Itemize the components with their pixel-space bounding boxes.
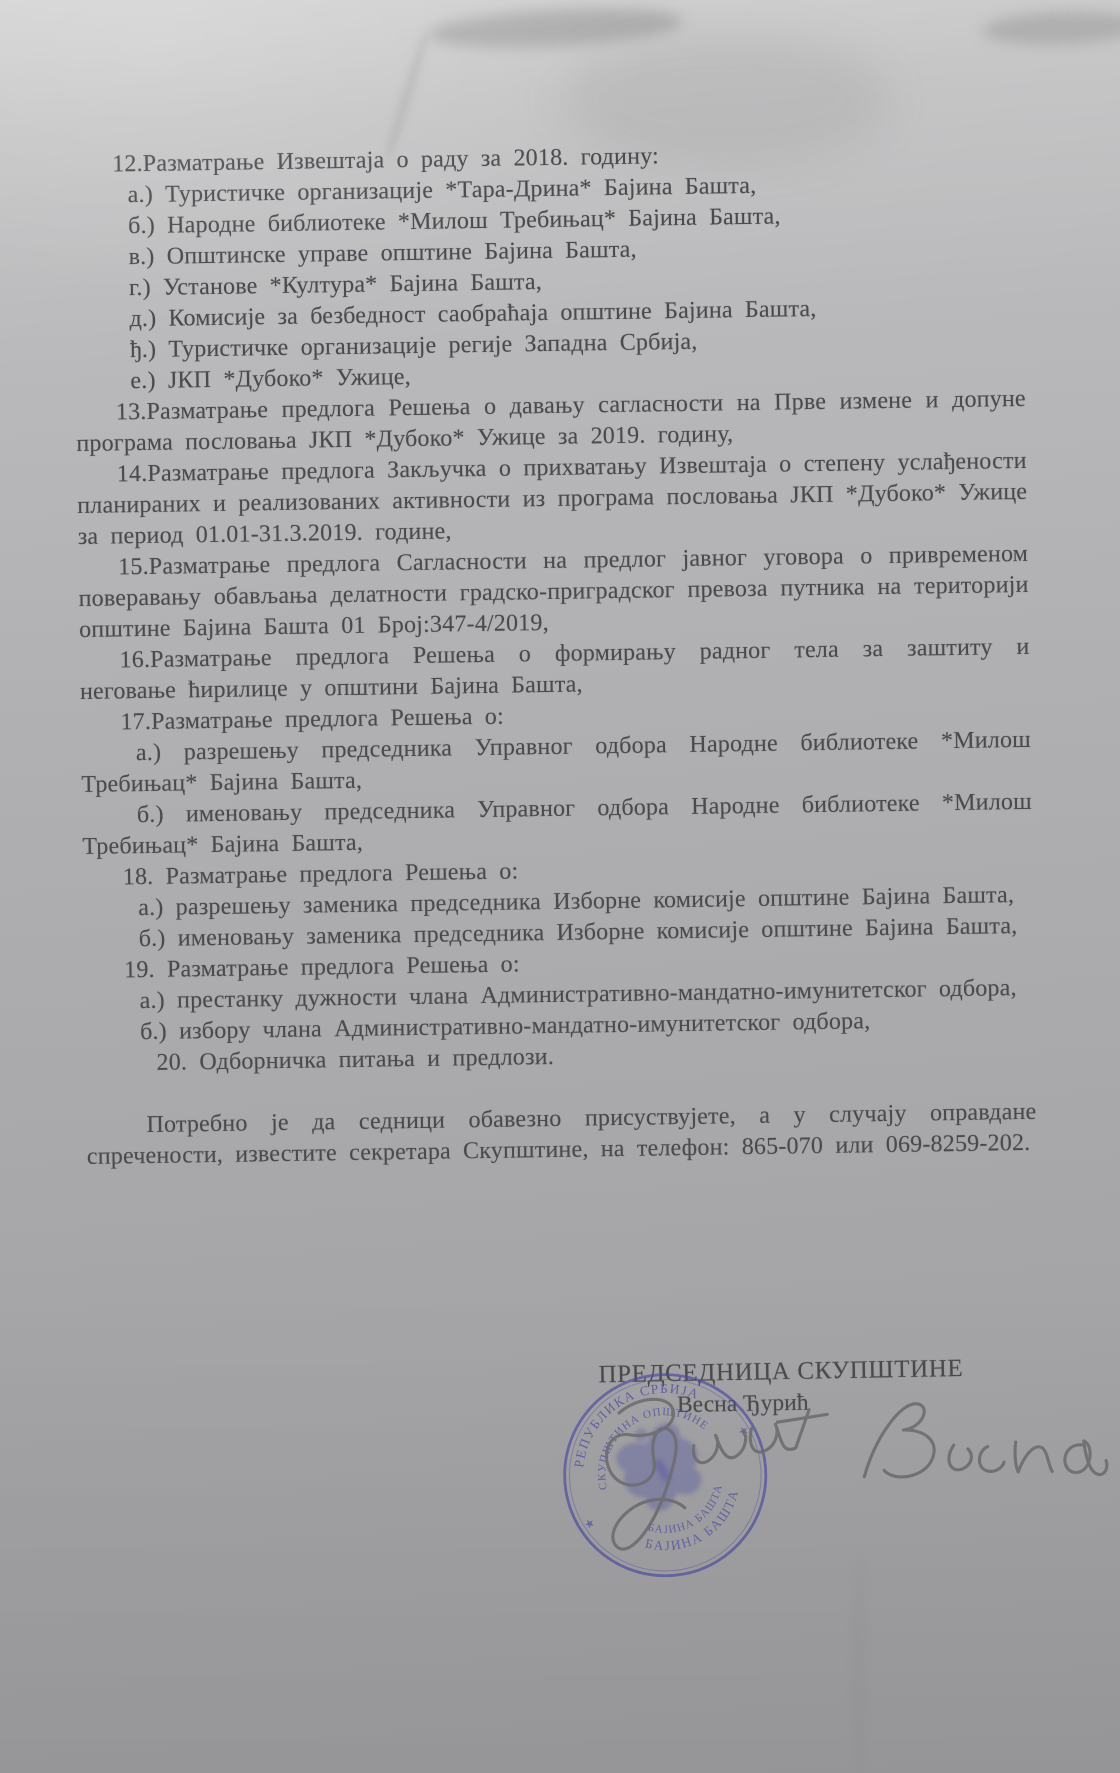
scanned-document-page: 12.Разматрање Извештаја о раду за 2018. … bbox=[0, 0, 1120, 1773]
paper-fold-shadow bbox=[981, 9, 1120, 47]
agenda-item-15: 15.Разматрање предлога Сагласности на пр… bbox=[78, 539, 1029, 646]
paper-fold-shadow bbox=[427, 3, 684, 52]
closing-note: Потребно је да седници обавезно присуств… bbox=[86, 1097, 1037, 1173]
agenda-item-14: 14.Разматрање предлога Закључка о прихва… bbox=[77, 446, 1028, 553]
agenda-text: 12.Разматрање Извештаја о раду за 2018. … bbox=[72, 136, 1037, 1173]
signature-block: ПРЕДСЕДНИЦА СКУПШТИНЕ Весна Ђурић РЕПУБЛ… bbox=[0, 1338, 1120, 1773]
handwritten-signature: Ђурић Весна bbox=[541, 1376, 1114, 1586]
paper-crease bbox=[383, 31, 431, 158]
